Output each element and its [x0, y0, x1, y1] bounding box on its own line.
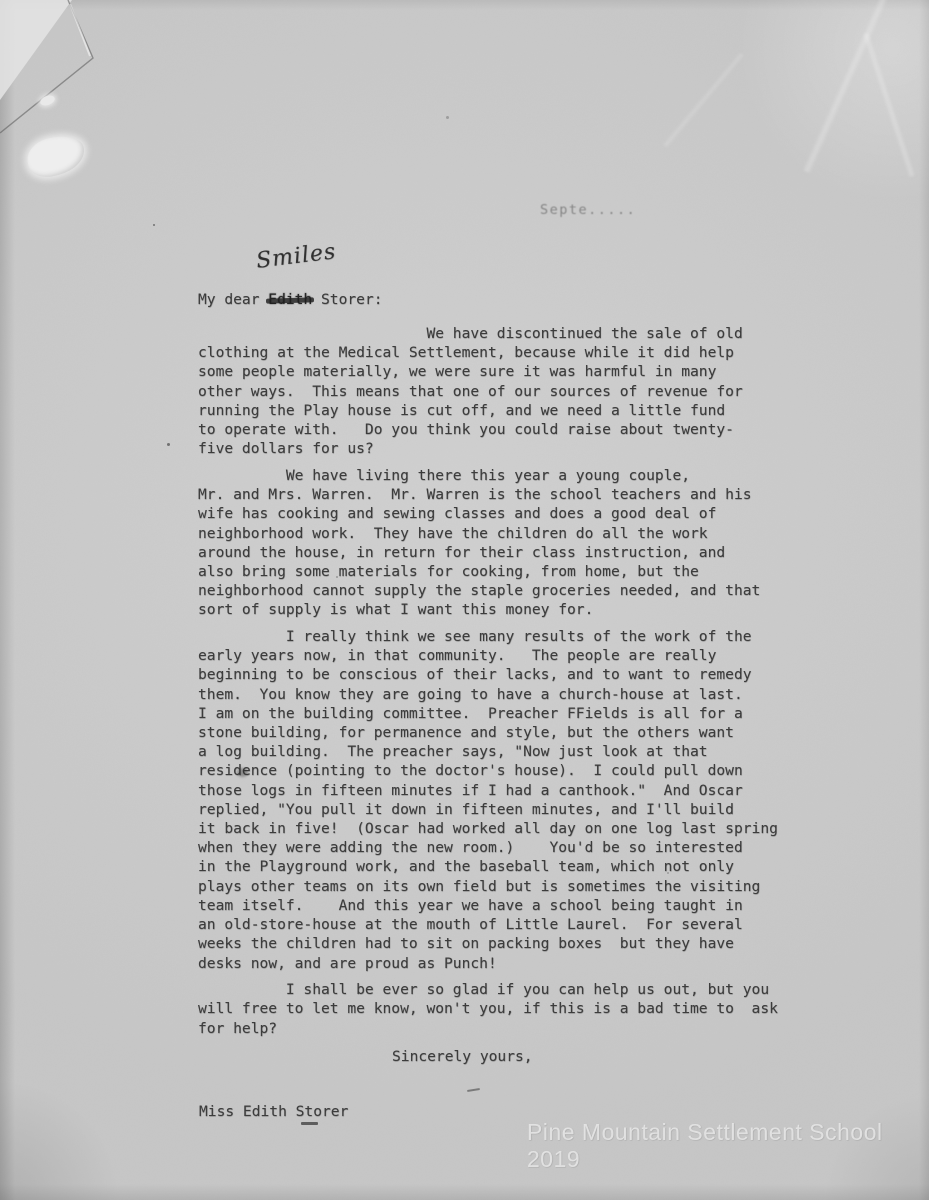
salutation: My dear Edith Storer: [198, 290, 383, 309]
letter-line: a log building. The preacher says, "Now … [198, 742, 778, 761]
letter-line: neighborhood cannot supply the staple gr… [198, 581, 778, 600]
letter-line: an old-store-house at the mouth of Littl… [198, 915, 778, 934]
watermark: Pine Mountain Settlement School 2019 [527, 1119, 929, 1173]
letter-line: neighborhood work. They have the childre… [198, 524, 778, 543]
letter-line: around the house, in return for their cl… [198, 543, 778, 562]
letter-line: also bring some materials for cooking, f… [198, 562, 778, 581]
letter-line: residence (pointing to the doctor's hous… [198, 761, 778, 780]
letter-line: stone building, for permanence and style… [198, 723, 778, 742]
letter-line: sort of supply is what I want this money… [198, 600, 778, 619]
letter-line: beginning to be conscious of their lacks… [198, 665, 778, 684]
paragraph: I shall be ever so glad if you can help … [198, 980, 778, 1038]
letter-line: I really think we see many results of th… [198, 627, 778, 646]
letter-line: will free to let me know, won't you, if … [198, 999, 778, 1018]
closing: Sincerely yours, [392, 1048, 533, 1065]
paper-tear [23, 131, 88, 182]
letter-line: I am on the building committee. Preacher… [198, 704, 778, 723]
pencil-mark [301, 1122, 318, 1125]
salutation-suffix: Storer: [312, 291, 382, 308]
letter-line: desks now, and are proud as Punch! [198, 954, 778, 973]
letter-line: weeks the children had to sit on packing… [198, 934, 778, 953]
ink-speck [667, 872, 669, 874]
paper-chip [39, 94, 56, 108]
letter-line: five dollars for us? [198, 439, 778, 458]
letter-line: those logs in fifteen minutes if I had a… [198, 781, 778, 800]
letter-line: wife has cooking and sewing classes and … [198, 504, 778, 523]
date-fragment: Septe..... [540, 202, 636, 218]
letter-line: Mr. and Mrs. Warren. Mr. Warren is the s… [198, 485, 778, 504]
letter-page: Septe..... Smiles My dear Edith Storer: … [0, 0, 929, 1200]
letter-line: some people materially, we were sure it … [198, 362, 778, 381]
letter-line: team itself. And this year we have a sch… [198, 896, 778, 915]
letter-line: We have living there this year a young c… [198, 466, 778, 485]
paragraph: We have living there this year a young c… [198, 466, 778, 620]
letter-line: other ways. This means that one of our s… [198, 382, 778, 401]
ink-speck [153, 224, 155, 226]
letter-line: to operate with. Do you think you could … [198, 420, 778, 439]
salutation-prefix: My dear [198, 291, 268, 308]
letter-line: We have discontinued the sale of old [198, 324, 778, 343]
letter-line: early years now, in that community. The … [198, 646, 778, 665]
letter-line: clothing at the Medical Settlement, beca… [198, 343, 778, 362]
letter-line: them. You know they are going to have a … [198, 685, 778, 704]
ink-speck [446, 116, 449, 119]
paper-wrinkle [862, 32, 916, 177]
letter-line: for help? [198, 1019, 778, 1038]
ink-speck [167, 443, 170, 446]
ink-speck [336, 576, 338, 578]
signed-name: Miss Edith Storer [199, 1103, 348, 1120]
paragraph: We have discontinued the sale of oldclot… [198, 324, 778, 458]
struck-name: Edith [268, 291, 312, 308]
paragraph: I really think we see many results of th… [198, 627, 778, 973]
letter-line: when they were adding the new room.) You… [198, 838, 778, 857]
pencil-mark [467, 1088, 480, 1092]
ink-smudge [237, 768, 248, 777]
letter-line: I shall be ever so glad if you can help … [198, 980, 778, 999]
letter-line: running the Play house is cut off, and w… [198, 401, 778, 420]
letter-line: replied, "You pull it down in fifteen mi… [198, 800, 778, 819]
handwritten-annotation: Smiles [255, 239, 338, 274]
letter-line: plays other teams on its own field but i… [198, 877, 778, 896]
paper-wrinkle [802, 0, 888, 174]
paper-wrinkle [662, 52, 744, 148]
letter-line: in the Playground work, and the baseball… [198, 857, 778, 876]
letter-body: We have discontinued the sale of oldclot… [198, 324, 778, 1045]
letter-line: it back in five! (Oscar had worked all d… [198, 819, 778, 838]
